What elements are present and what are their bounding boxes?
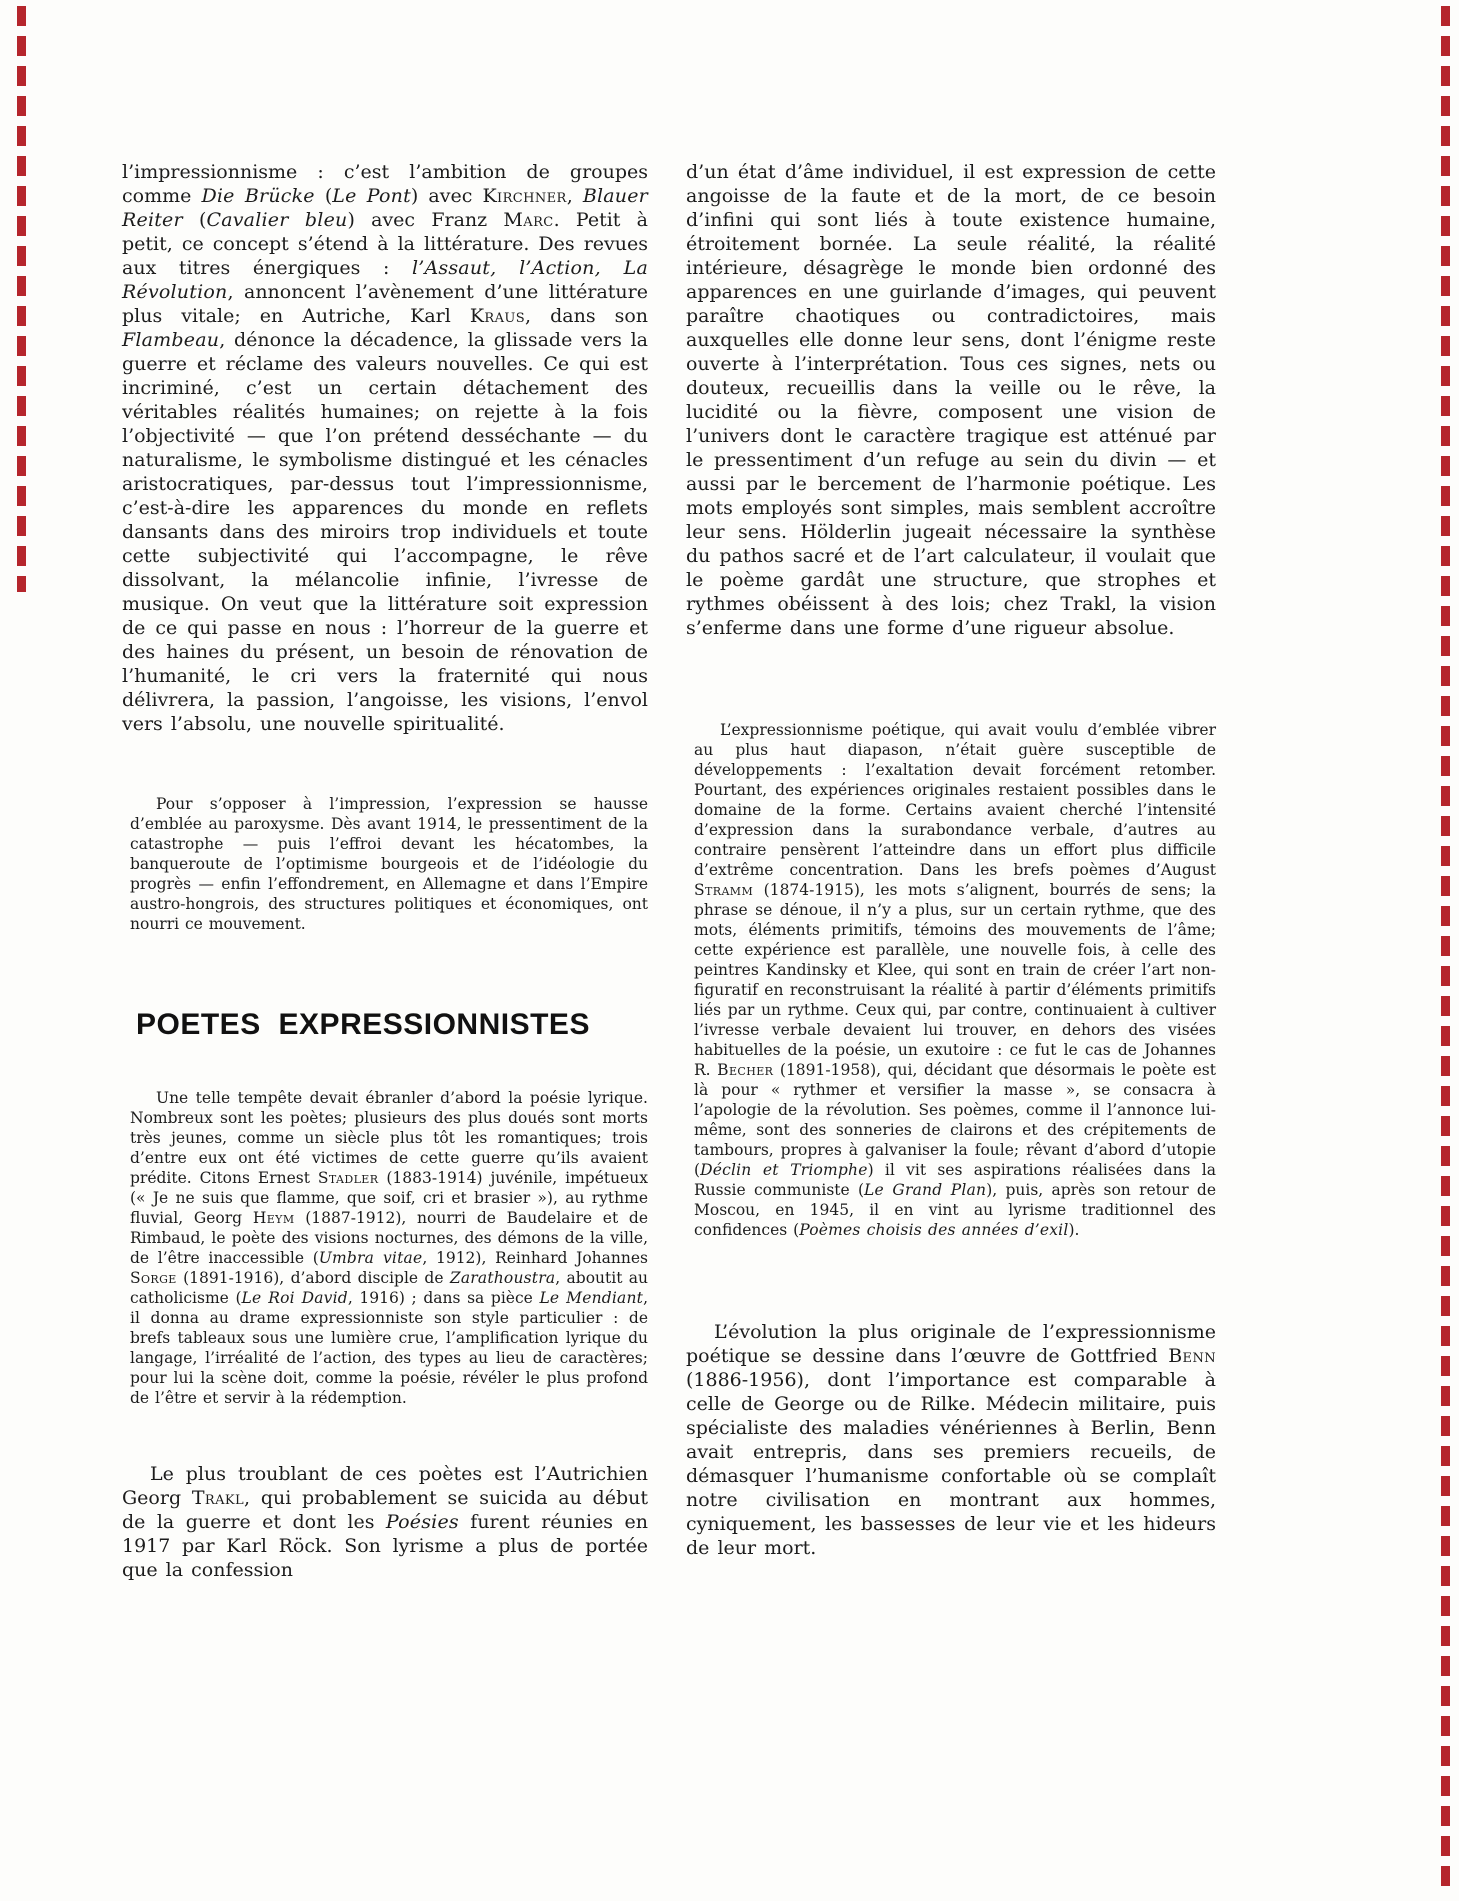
section-heading-poetes-expressionnistes: POETES EXPRESSIONNISTES bbox=[136, 1008, 648, 1042]
paragraph-expressionnisme-poetique: L’expressionnisme poétique, qui avait vo… bbox=[694, 720, 1216, 1240]
book-page: l’impressionnisme : c’est l’ambition de … bbox=[0, 0, 1459, 1901]
paragraph-une-telle-tempete: Une telle tempête devait ébranler d’abor… bbox=[130, 1088, 648, 1408]
right-column: d’un état d’âme individuel, il est expre… bbox=[686, 160, 1216, 1560]
paragraph-le-plus-troublant: Le plus troublant de ces poètes est l’Au… bbox=[122, 1462, 648, 1582]
red-page-edge-marks-left bbox=[17, 6, 26, 592]
paragraph-etat-dame: d’un état d’âme individuel, il est expre… bbox=[686, 160, 1216, 640]
paragraph-impressionnisme: l’impressionnisme : c’est l’ambition de … bbox=[122, 160, 648, 736]
paragraph-levolution-benn: L’évolution la plus originale de l’expre… bbox=[686, 1320, 1216, 1560]
red-page-edge-marks-right bbox=[1441, 6, 1450, 1894]
paragraph-pour-sopposer: Pour s’opposer à l’impression, l’express… bbox=[130, 794, 648, 934]
left-column: l’impressionnisme : c’est l’ambition de … bbox=[122, 160, 648, 1582]
